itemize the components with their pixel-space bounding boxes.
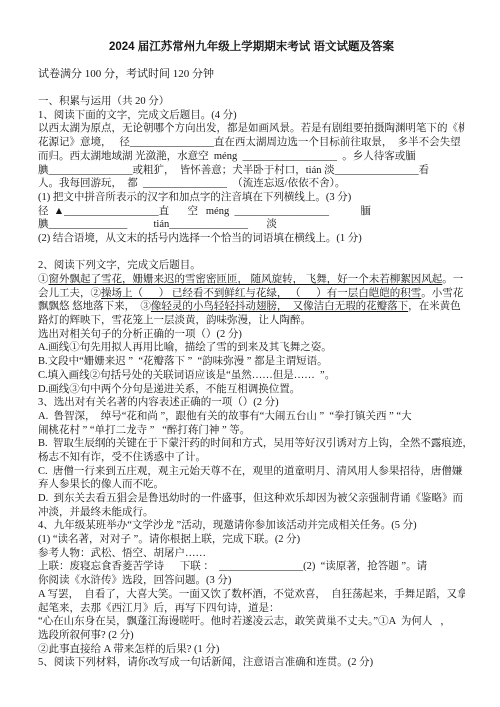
document-line: 3、选出对有关名著的内容表述正确的一项（）(2 分) — [38, 396, 465, 410]
text-segment: 径 ▲__________________直 空 méng __________… — [38, 206, 371, 217]
text-segment: 起笔来，去那《西江月》后，再写下四句诗，道是： — [38, 603, 280, 614]
text-segment: 闹桃花村 ” “单打二龙寺 ” “醉打蒋门神 ” 等。 — [38, 425, 250, 436]
document-line: 选段所叙何事? (2 分) — [38, 629, 465, 643]
document-line: 以西太湖为原点，无论朝哪个方向出发，都是如画风景。若是有剧组要拍摄陶渊明笔下的《… — [38, 122, 465, 136]
text-segment: 一、积累与运用（共 20 分） — [38, 96, 169, 107]
text-segment: B. 智取生辰纲的关键在于下蒙汗药的时间和方式，吴用等好汉引诱对方上钩，全然不露… — [38, 438, 465, 449]
text-segment: 2、阅读下列文字，完成文后题目。 — [38, 260, 201, 271]
text-segment: 。一 — [442, 274, 463, 285]
document-line: D. 到东关去看五猖会是鲁迅幼时的一件盛事，但这种欢乐却因为被父亲强制背诵《鉴略… — [38, 492, 465, 506]
text-segment: 路灯的辉映下，雪花笼上一层淡黄，韵味弥漫，让人陶醉。 — [38, 315, 311, 326]
document-line: ①窗外飘起了雪花，姗姗来迟的雪密密匝匝， 随风旋转， 飞舞，好一个未若柳絮因风起… — [38, 273, 465, 287]
exam-document-page: 2024 届江苏常州九年级上学期期末考试 语文试题及答案 试卷满分 100 分，… — [0, 0, 500, 707]
document-line: B. 智取生辰纲的关键在于下蒙汗药的时间和方式，吴用等好汉引诱对方上钩，全然不露… — [38, 437, 465, 451]
text-segment: 杨志不知有诈，受不住诱惑中了计。 — [38, 452, 206, 463]
text-segment: 冲淡，并最终未能成行。 — [38, 507, 154, 518]
document-line: 参考人物：武松、悟空、胡屠户…… — [38, 547, 465, 561]
document-line: C. 唐僧一行来到五庄观，观主元始天尊不在，观里的道童明月、清风用人参果招待，唐… — [38, 465, 465, 479]
document-line: A 写罢， 自看了，大喜大笑。一面又饮了数杯酒，不觉欢喜， 自狂荡起来，手舞足蹈… — [38, 588, 465, 602]
text-segment: C. 唐僧一行来到五庄观，观主元始天尊不在，观里的道童明月、清风用人参果招待，唐… — [38, 466, 462, 477]
document-line: 腆________________或粗犷， 皆怀善意；犬半卧于村口，tián 淡… — [38, 164, 465, 178]
document-lines: 一、积累与运用（共 20 分）1、阅读下面的文字，完成文后题目。(4 分)以西太… — [38, 95, 465, 670]
text-segment: (1) “读名著，对对子 ”。请你根据上联，完成下联。(2 分) — [38, 534, 300, 545]
blank-line — [38, 54, 465, 68]
document-line: “心在山东身在吴，飘蓬江海谩嗟吁。他时若遂凌云志，敢笑黄巢不丈夫。”①A 为何人… — [38, 615, 465, 629]
text-segment: 你阅读《水浒传》选段，回答问题。(3 分) — [38, 575, 231, 586]
document-line: 起笔来，去那《西江月》后，再写下四句诗，道是： — [38, 602, 465, 616]
text-segment: 1、阅读下面的文字，完成文后题目。(4 分) — [38, 110, 237, 121]
text-segment: D.画线③句中两个分句是递进关系，不能互相调换位置。 — [38, 384, 300, 395]
text-segment: ，在米黄色 — [408, 301, 461, 312]
underlined-text: 窗外飘起了雪花，姗姗来迟的雪密密匝匝， 随风旋转， 飞舞，好一个未若柳絮因风起 — [49, 274, 443, 285]
text-segment: 飘飘悠 悠地落下来， ③ — [38, 301, 151, 312]
document-line: 人。我每回游玩， 都 ________________ （流连忘返/依依不舍）。 — [38, 177, 465, 191]
document-line: 2、阅读下列文字，完成文后题目。 — [38, 259, 465, 273]
text-segment: B.文段中“姗姗来迟 ” “花瓣落下 ” “韵味弥漫 ” 都是主谓短语。 — [38, 356, 328, 367]
text-segment: 以西太湖为原点，无论朝哪个方向出发，都是如画风景。若是有剧组要拍摄陶渊明笔下的《… — [38, 123, 465, 134]
document-title: 2024 届江苏常州九年级上学期期末考试 语文试题及答案 — [38, 40, 465, 54]
document-line: A. 鲁智深， 绰号“花和尚 ”，跟他有关的故事有“大闹五台山 ” “拳打镇关西… — [38, 410, 465, 424]
underlined-text: 操场上（ ） 已经看不到鲜红与花绿， （ ）有一层白皑皑的积雪 — [101, 288, 421, 299]
text-segment: A 写罢， 自看了，大喜大笑。一面又饮了数杯酒，不觉欢喜， 自狂荡起来，手舞足蹈… — [38, 589, 465, 600]
text-segment: 5、阅读下列材料，请你改写成一句话新闻，注意语言准确和连贯。(2 分) — [38, 657, 373, 668]
text-segment: “心在山东身在吴，飘蓬江海谩嗟吁。他时若遂凌云志，敢笑黄巢不丈夫。”①A 为何人… — [38, 616, 451, 627]
blank-line — [38, 81, 465, 95]
text-segment: 选出对相关句子的分析正确的一项（）(2 分) — [38, 329, 242, 340]
document-line: ②此事直接给 A 带来怎样的后果? (1 分) — [38, 643, 465, 657]
text-segment: 上联：废寝忘食香菱苦学诗 下联 ： ________________(2) “读… — [38, 561, 427, 572]
document-line: 1、阅读下面的文字，完成文后题目。(4 分) — [38, 109, 465, 123]
document-line: 冲淡，并最终未能成行。 — [38, 506, 465, 520]
document-line: D.画线③句中两个分句是递进关系，不能互相调换位置。 — [38, 383, 465, 397]
document-line: (1) “读名著，对对子 ”。请你根据上联，完成下联。(2 分) — [38, 533, 465, 547]
document-line: A.画线①句先用拟人再用比喻，描绘了雪的到来及其飞舞之姿。 — [38, 341, 465, 355]
text-segment: ① — [38, 274, 49, 285]
text-segment: A. 鲁智深， 绰号“花和尚 ”，跟他有关的故事有“大闹五台山 ” “拳打镇关西… — [38, 411, 412, 422]
text-segment: 腆________________或粗犷， 皆怀善意；犬半卧于村口，tián 淡… — [38, 165, 429, 176]
text-segment: 选段所叙何事? (2 分) — [38, 630, 134, 641]
text-segment: 4、九年级某班举办“文学沙龙 ”活动，现邀请你参加该活动并完成相关任务。(5 分… — [38, 520, 417, 531]
text-segment: 而归。西太湖地域湖 光潋滟，水意空 méng _________________… — [38, 151, 416, 162]
document-line: (1) 把文中拼音所表示的汉字和加点字的注音填在下列横线上。(3 分) — [38, 191, 465, 205]
document-line: 5、阅读下列材料，请你改写成一句话新闻，注意语言准确和连贯。(2 分) — [38, 656, 465, 670]
document-line: 会儿工夫，②操场上（ ） 已经看不到鲜红与花绿， （ ）有一层白皑皑的积雪。小雪… — [38, 287, 465, 301]
text-segment: 会儿工夫，② — [38, 288, 101, 299]
text-segment: 参考人物：武松、悟空、胡屠户…… — [38, 548, 206, 559]
document-line: 4、九年级某班举办“文学沙龙 ”活动，现邀请你参加该活动并完成相关任务。(5 分… — [38, 519, 465, 533]
text-segment: 花源记》意境， 径________________直在西太湖周边选一个目标前往取… — [38, 137, 461, 148]
text-segment: 腆_______________ tián_______________ 淡 — [38, 219, 277, 230]
text-segment: 弃人参果长的像人而不吃。 — [38, 479, 164, 490]
text-segment: (1) 把文中拼音所表示的汉字和加点字的注音填在下列横线上。(3 分) — [38, 192, 351, 203]
text-segment: 。小雪花 — [421, 288, 463, 299]
text-segment: A.画线①句先用拟人再用比喻，描绘了雪的到来及其飞舞之姿。 — [38, 342, 332, 353]
text-segment: D. 到东关去看五猖会是鲁迅幼时的一件盛事，但这种欢乐却因为被父亲强制背诵《鉴略… — [38, 493, 463, 504]
text-segment: C.填入画线②句括号处的关联词语应该是“虽然……但是…… ”。 — [38, 370, 335, 381]
document-line: (2) 结合语境，从文末的括号内选择一个恰当的词语填在横线上。(1 分) — [38, 232, 465, 246]
document-line: 飘飘悠 悠地落下来， ③像轻灵的小鸟轻轻抖动翅膀， 又像洁白无瑕的花瓣落下，在米… — [38, 300, 465, 314]
document-line: 路灯的辉映下，雪花笼上一层淡黄，韵味弥漫，让人陶醉。 — [38, 314, 465, 328]
document-line — [38, 246, 465, 260]
text-segment: 3、选出对有关名著的内容表述正确的一项（）(2 分) — [38, 397, 279, 408]
document-line: 选出对相关句子的分析正确的一项（）(2 分) — [38, 328, 465, 342]
document-line: 你阅读《水浒传》选段，回答问题。(3 分) — [38, 574, 465, 588]
document-line: 杨志不知有诈，受不住诱惑中了计。 — [38, 451, 465, 465]
document-line: 闹桃花村 ” “单打二龙寺 ” “醉打蒋门神 ” 等。 — [38, 424, 465, 438]
document-line: 一、积累与运用（共 20 分） — [38, 95, 465, 109]
document-line: 花源记》意境， 径________________直在西太湖周边选一个目标前往取… — [38, 136, 465, 150]
underlined-text: 像轻灵的小鸟轻轻抖动翅膀， 又像洁白无瑕的花瓣落下 — [151, 301, 408, 312]
text-segment: 人。我每回游玩， 都 ________________ （流连忘返/依依不舍）。 — [38, 178, 345, 189]
text-segment: ②此事直接给 A 带来怎样的后果? (1 分) — [38, 644, 219, 655]
document-line: C.填入画线②句括号处的关联词语应该是“虽然……但是…… ”。 — [38, 369, 465, 383]
document-line: 上联：废寝忘食香菱苦学诗 下联 ： ________________(2) “读… — [38, 560, 465, 574]
document-line: B.文段中“姗姗来迟 ” “花瓣落下 ” “韵味弥漫 ” 都是主谓短语。 — [38, 355, 465, 369]
document-line: 弃人参果长的像人而不吃。 — [38, 478, 465, 492]
text-segment: (2) 结合语境，从文末的括号内选择一个恰当的词语填在横线上。(1 分) — [38, 233, 362, 244]
document-line: 而归。西太湖地域湖 光潋滟，水意空 méng _________________… — [38, 150, 465, 164]
document-line: 腆_______________ tián_______________ 淡 — [38, 218, 465, 232]
document-line: 径 ▲__________________直 空 méng __________… — [38, 205, 465, 219]
document-subtitle: 试卷满分 100 分，考试时间 120 分钟 — [38, 68, 465, 82]
